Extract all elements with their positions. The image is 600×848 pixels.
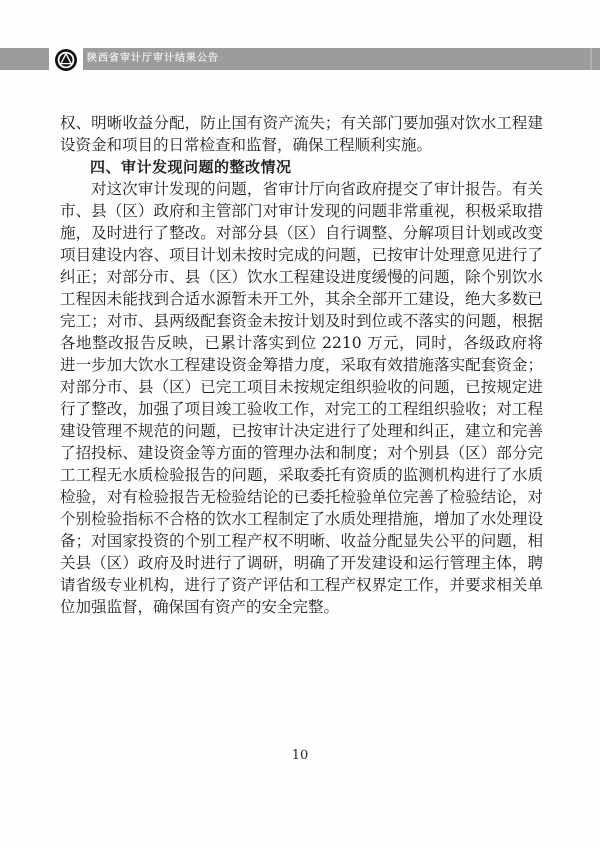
audit-emblem-icon — [54, 48, 78, 72]
paragraph: 权、明晰收益分配，防止国有资产流失；有关部门要加强对饮水工程建设资金和项目的日常… — [60, 112, 543, 156]
section-heading: 四、审计发现问题的整改情况 — [60, 156, 543, 178]
header-bar-edge — [590, 48, 592, 70]
header-title: 陕西省审计厅审计结果公告 — [87, 48, 219, 70]
audit-logo-box — [49, 43, 83, 77]
document-body: 权、明晰收益分配，防止国有资产流失；有关部门要加强对饮水工程建设资金和项目的日常… — [60, 112, 543, 618]
page-number: 10 — [0, 748, 600, 763]
paragraph: 对这次审计发现的问题，省审计厅向省政府提交了审计报告。有关市、县（区）政府和主管… — [60, 178, 543, 618]
document-page: 陕西省审计厅审计结果公告 权、明晰收益分配，防止国有资产流失；有关部门要加强对饮… — [0, 0, 600, 848]
